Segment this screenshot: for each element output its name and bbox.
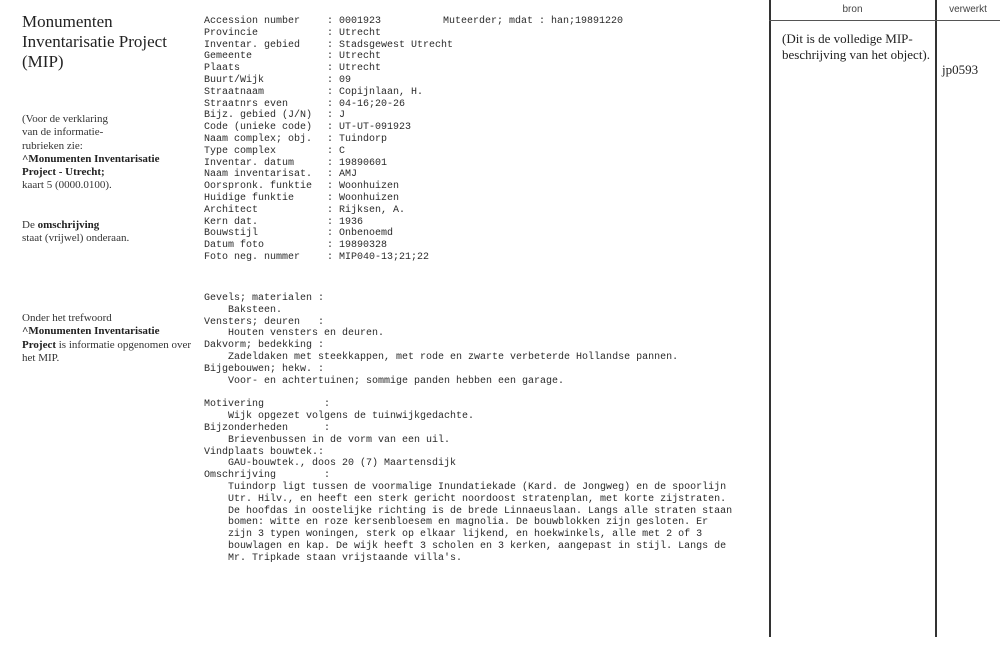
column-header-bron: bron bbox=[770, 4, 935, 15]
field-separator: : bbox=[327, 158, 339, 170]
field-value: 1936 bbox=[339, 217, 363, 229]
section-label: Bijzonderheden : bbox=[204, 423, 330, 435]
field-value: Utrecht bbox=[339, 28, 381, 40]
field-row: Plaats:Utrecht bbox=[204, 63, 764, 75]
record-fields: Accession number:0001923Provincie:Utrech… bbox=[204, 16, 764, 264]
field-row: Gemeente:Utrecht bbox=[204, 51, 764, 63]
field-row: Code (unieke code):UT-UT-091923 bbox=[204, 122, 764, 134]
field-row: Oorspronk. funktie:Woonhuizen bbox=[204, 181, 764, 193]
section-group-notes: Motivering :Wijk opgezet volgens de tuin… bbox=[204, 399, 764, 470]
field-separator: : bbox=[327, 181, 339, 193]
field-label: Gemeente bbox=[204, 51, 327, 63]
margin-title: Monumenten Inventarisatie Project (MIP) bbox=[22, 12, 192, 72]
field-value: J bbox=[339, 110, 345, 122]
note-text: De bbox=[22, 219, 38, 231]
field-separator: : bbox=[327, 193, 339, 205]
note-text: van de informatie- bbox=[22, 126, 192, 139]
margin-note-description: De omschrijving staat (vrijwel) onderaan… bbox=[22, 219, 192, 246]
field-value: Utrecht bbox=[339, 63, 381, 75]
field-label: Code (unieke code) bbox=[204, 122, 327, 134]
field-separator: : bbox=[327, 205, 339, 217]
field-label: Accession number bbox=[204, 16, 327, 28]
field-row: Datum foto:19890328 bbox=[204, 240, 764, 252]
note-text: rubrieken zie: bbox=[22, 140, 192, 153]
field-value: Tuindorp bbox=[339, 134, 387, 146]
section-header: Bijzonderheden : bbox=[204, 423, 764, 435]
field-separator: : bbox=[327, 110, 339, 122]
header-divider bbox=[769, 20, 1000, 21]
field-row: Naam complex; obj.:Tuindorp bbox=[204, 134, 764, 146]
source-text: (Dit is de volledige MIP-beschrijving va… bbox=[782, 31, 932, 62]
field-separator: : bbox=[327, 240, 339, 252]
note-text: Onder het trefwoord bbox=[22, 312, 192, 325]
section-header: Vindplaats bouwtek.: bbox=[204, 447, 764, 459]
field-label: Huidige funktie bbox=[204, 193, 327, 205]
field-label: Oorspronk. funktie bbox=[204, 181, 327, 193]
field-label: Straatnaam bbox=[204, 87, 327, 99]
field-label: Straatnrs even bbox=[204, 99, 327, 111]
field-label: Type complex bbox=[204, 146, 327, 158]
field-separator: : bbox=[327, 99, 339, 111]
field-separator: : bbox=[327, 28, 339, 40]
field-separator: : bbox=[327, 134, 339, 146]
field-separator: : bbox=[327, 252, 339, 264]
field-value: AMJ bbox=[339, 169, 357, 181]
section-header: Motivering : bbox=[204, 399, 764, 411]
section-header: Dakvorm; bedekking : bbox=[204, 340, 764, 352]
reference-link[interactable]: ^Monumenten Inventarisatie Project - Utr… bbox=[22, 153, 192, 180]
column-divider bbox=[769, 0, 771, 637]
field-value: Stadsgewest Utrecht bbox=[339, 40, 453, 52]
field-row: Huidige funktie:Woonhuizen bbox=[204, 193, 764, 205]
mutator-field: Muteerder; mdat : han;19891220 bbox=[443, 16, 623, 28]
field-value: C bbox=[339, 146, 345, 158]
field-separator: : bbox=[327, 16, 339, 28]
section-label: Vindplaats bouwtek.: bbox=[204, 447, 324, 459]
section-body: Baksteen. bbox=[204, 305, 764, 317]
note-text: (Voor de verklaring bbox=[22, 113, 192, 126]
field-separator: : bbox=[539, 16, 551, 28]
section-label: Vensters; deuren : bbox=[204, 317, 324, 329]
section-body: Brievenbussen in de vorm van een uil. bbox=[204, 435, 764, 447]
field-label: Inventar. datum bbox=[204, 158, 327, 170]
field-value: UT-UT-091923 bbox=[339, 122, 411, 134]
section-header: Gevels; materialen : bbox=[204, 293, 764, 305]
field-label: Provincie bbox=[204, 28, 327, 40]
note-text: staat (vrijwel) onderaan. bbox=[22, 232, 192, 245]
section-label: Omschrijving : bbox=[204, 470, 330, 482]
note-bold: omschrijving bbox=[38, 219, 100, 231]
field-separator: : bbox=[327, 75, 339, 87]
field-separator: : bbox=[327, 169, 339, 181]
processed-code: jp0593 bbox=[942, 62, 978, 78]
field-value: Onbenoemd bbox=[339, 228, 393, 240]
field-label: Buurt/Wijk bbox=[204, 75, 327, 87]
section-body: GAU-bouwtek., doos 20 (7) Maartensdijk bbox=[204, 458, 764, 470]
field-value: Woonhuizen bbox=[339, 193, 399, 205]
section-label: Gevels; materialen : bbox=[204, 293, 324, 305]
field-separator: : bbox=[327, 217, 339, 229]
field-row: Kern dat.:1936 bbox=[204, 217, 764, 229]
field-row: Buurt/Wijk:09 bbox=[204, 75, 764, 87]
field-separator: : bbox=[327, 122, 339, 134]
field-separator: : bbox=[327, 40, 339, 52]
note-text: kaart 5 (0000.0100). bbox=[22, 179, 192, 192]
field-row: Provincie:Utrecht bbox=[204, 28, 764, 40]
field-label: Naam inventarisat. bbox=[204, 169, 327, 181]
field-row: Inventar. datum:19890601 bbox=[204, 158, 764, 170]
field-row: Architect:Rijksen, A. bbox=[204, 205, 764, 217]
record-sections: Gevels; materialen :Baksteen.Vensters; d… bbox=[204, 293, 764, 565]
section-header: Vensters; deuren : bbox=[204, 317, 764, 329]
section-label: Bijgebouwen; hekw. : bbox=[204, 364, 324, 376]
field-value: Utrecht bbox=[339, 51, 381, 63]
section-label: Dakvorm; bedekking : bbox=[204, 340, 324, 352]
field-row: Inventar. gebied:Stadsgewest Utrecht bbox=[204, 40, 764, 52]
margin-note-explanation: (Voor de verklaring van de informatie- r… bbox=[22, 113, 192, 193]
field-separator: : bbox=[327, 51, 339, 63]
field-value: Rijksen, A. bbox=[339, 205, 405, 217]
section-body: Houten vensters en deuren. bbox=[204, 328, 764, 340]
field-value: MIP040-13;21;22 bbox=[339, 252, 429, 264]
section-header: Bijgebouwen; hekw. : bbox=[204, 364, 764, 376]
margin-note-keyword: Onder het trefwoord ^Monumenten Inventar… bbox=[22, 312, 192, 365]
field-label: Architect bbox=[204, 205, 327, 217]
field-row: Bijz. gebied (J/N):J bbox=[204, 110, 764, 122]
field-separator: : bbox=[327, 63, 339, 75]
field-label: Kern dat. bbox=[204, 217, 327, 229]
field-value: han;19891220 bbox=[551, 16, 623, 28]
column-header-verwerkt: verwerkt bbox=[936, 4, 1000, 15]
field-label: Datum foto bbox=[204, 240, 327, 252]
field-value: Woonhuizen bbox=[339, 181, 399, 193]
column-divider bbox=[935, 0, 937, 637]
section-body: Zadeldaken met steekkappen, met rode en … bbox=[204, 352, 764, 364]
field-label: Plaats bbox=[204, 63, 327, 75]
field-separator: : bbox=[327, 228, 339, 240]
section-body-omschrijving: Tuindorp ligt tussen de voormalige Inund… bbox=[204, 482, 738, 565]
field-separator: : bbox=[327, 87, 339, 99]
field-row: Straatnrs even:04-16;20-26 bbox=[204, 99, 764, 111]
section-body: Wijk opgezet volgens de tuinwijkgedachte… bbox=[204, 411, 764, 423]
field-value: 09 bbox=[339, 75, 351, 87]
field-row: Type complex:C bbox=[204, 146, 764, 158]
field-value: 04-16;20-26 bbox=[339, 99, 405, 111]
field-label: Inventar. gebied bbox=[204, 40, 327, 52]
field-value: 19890601 bbox=[339, 158, 387, 170]
field-label: Foto neg. nummer bbox=[204, 252, 327, 264]
field-label: Bijz. gebied (J/N) bbox=[204, 110, 327, 122]
field-row: Foto neg. nummer:MIP040-13;21;22 bbox=[204, 252, 764, 264]
field-label: Muteerder; mdat bbox=[443, 16, 539, 28]
section-label: Motivering : bbox=[204, 399, 330, 411]
field-row: Naam inventarisat.:AMJ bbox=[204, 169, 764, 181]
field-label: Bouwstijl bbox=[204, 228, 327, 240]
field-row: Straatnaam:Copijnlaan, H. bbox=[204, 87, 764, 99]
field-label: Naam complex; obj. bbox=[204, 134, 327, 146]
field-value: 19890328 bbox=[339, 240, 387, 252]
field-value: Copijnlaan, H. bbox=[339, 87, 423, 99]
field-row: Bouwstijl:Onbenoemd bbox=[204, 228, 764, 240]
field-separator: : bbox=[327, 146, 339, 158]
section-header-omschrijving: Omschrijving : bbox=[204, 470, 764, 482]
field-value: 0001923 bbox=[339, 16, 381, 28]
section-body: Voor- en achtertuinen; sommige panden he… bbox=[204, 376, 764, 388]
section-group-building: Gevels; materialen :Baksteen.Vensters; d… bbox=[204, 293, 764, 387]
